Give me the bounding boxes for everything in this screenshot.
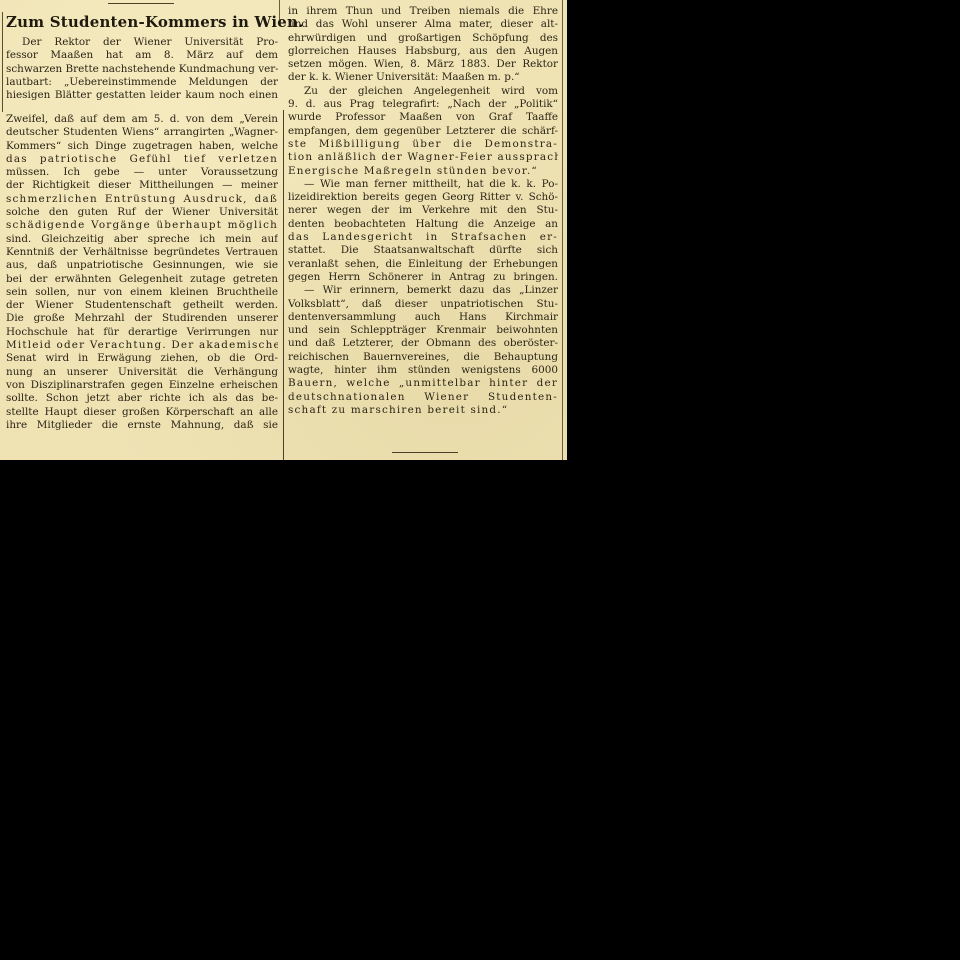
text-line: Energische Maßregeln stünden bevor.“ [288,165,558,178]
text-line: müssen. Ich gebe — unter Voraussetzung [6,166,278,179]
text-line: ehrwürdigen und großartigen Schöpfung de… [288,32,558,45]
text-line: Die große Mehrzahl der Studirenden unser… [6,312,278,325]
text-line: der Richtigkeit dieser Mittheilungen — m… [6,179,278,192]
text-line: aus, daß unpatriotische Gesinnungen, wie… [6,259,278,272]
text-line: setzen mögen. Wien, 8. März 1883. Der Re… [288,58,558,71]
text-line: nung an unserer Universität die Verhängu… [6,366,278,379]
text-line: lizeidirektion bereits gegen Georg Ritte… [288,191,558,204]
text-line: deutscher Studenten Wiens“ arrangirten „… [6,126,278,139]
text-line: der Wiener Studentenschaft getheilt werd… [6,299,278,312]
text-line: Volksblatt“, daß dieser unpatriotischen … [288,298,558,311]
text-line: ihre Mitglieder die ernste Mahnung, daß … [6,419,278,432]
text-line: stellte Haupt dieser großen Körperschaft… [6,406,278,419]
text-line: veranlaßt sehen, die Einleitung der Erhe… [288,258,558,271]
text-line: schädigende Vorgänge überhaupt möglich [6,219,278,232]
text-line: lautbart: „Uebereinstimmende Meldungen d… [6,76,278,89]
text-line: wagte, hinter ihm stünden wenigstens 600… [288,364,558,377]
newspaper-scan: Zum Studenten-Kommers in Wien. Der Rekto… [0,0,567,460]
text-line: Bauern, welche „unmittelbar hinter der [288,377,558,390]
right-edge-rule [562,0,563,460]
text-line: stattet. Die Staatsanwaltschaft dürfte s… [288,244,558,257]
text-line: reichischen Bauernvereines, die Behauptu… [288,351,558,364]
text-line: — Wir erinnern, bemerkt dazu das „Linzer [288,284,558,297]
text-line: schmerzlichen Entrüstung Ausdruck, daß [6,193,278,206]
text-line: bei der erwähnten Gelegenheit zutage get… [6,273,278,286]
text-line: hiesigen Blätter gestatten leider kaum n… [6,89,278,102]
text-line: Zu der gleichen Angelegenheit wird vom [288,85,558,98]
text-line: und sein Schleppträger Krenmair beiwohnt… [288,324,558,337]
text-line: von Disziplinarstrafen gegen Einzelne er… [6,379,278,392]
text-line: in ihrem Thun und Treiben niemals die Eh… [288,5,558,18]
left-paragraph-1: Der Rektor der Wiener Universität Pro-fe… [6,36,278,102]
text-line: und das Wohl unserer Alma mater, dieser … [288,18,558,31]
text-line: das patriotische Gefühl tief verletzen [6,153,278,166]
column-divider [283,110,284,460]
text-line: 9. d. aus Prag telegrafirt: „Nach der „P… [288,98,558,111]
text-line: Zweifel, daß auf dem am 5. d. von dem „V… [6,113,278,126]
text-line: dentenversammlung auch Hans Kirchmair [288,311,558,324]
text-line: gegen Herrn Schönerer in Antrag zu bring… [288,271,558,284]
text-line: nerer wegen der im Verkehre mit den Stu- [288,204,558,217]
text-line: fessor Maaßen hat am 8. März auf dem [6,49,278,62]
text-line: Senat wird in Erwägung ziehen, ob die Or… [6,352,278,365]
text-line: tion anläßlich der Wagner-Feier aussprac… [288,151,558,164]
text-line: solche den guten Ruf der Wiener Universi… [6,206,278,219]
text-line: Hochschule hat für derartige Verirrungen… [6,326,278,339]
left-column: Zum Studenten-Kommers in Wien. [6,0,278,37]
text-line: wurde Professor Maaßen von Graf Taaffe [288,111,558,124]
text-line: sind. Gleichzeitig aber spreche ich mein… [6,233,278,246]
left-edge-rule [2,12,3,112]
text-line: Der Rektor der Wiener Universität Pro- [6,36,278,49]
text-line: ste Mißbilligung über die Demonstra- [288,138,558,151]
text-line: Kommers“ sich Dinge zugetragen haben, we… [6,140,278,153]
text-line: empfangen, dem gegenüber Letzterer die s… [288,125,558,138]
text-line: Mitleid oder Verachtung. Der akademische [6,339,278,352]
text-line: glorreichen Hauses Habsburg, aus den Aug… [288,45,558,58]
text-line: das Landesgericht in Strafsachen er- [288,231,558,244]
text-line: deutschnationalen Wiener Studenten- [288,391,558,404]
article-end-rule [392,452,458,453]
text-line: — Wie man ferner mittheilt, hat die k. k… [288,178,558,191]
text-line: schwarzen Brette nachstehende Kundmachun… [6,63,278,76]
text-line: sollte. Schon jetzt aber richte ich als … [6,392,278,405]
text-line: der k. k. Wiener Universität: Maaßen m. … [288,71,558,84]
left-paragraph-2: Zweifel, daß auf dem am 5. d. von dem „V… [6,113,278,432]
right-column: in ihrem Thun und Treiben niemals die Eh… [288,5,558,417]
text-line: schaft zu marschiren bereit sind.“ [288,404,558,417]
text-line: sein sollen, nur von einem kleinen Bruch… [6,286,278,299]
text-line: Kenntniß der Verhältnisse begründetes Ve… [6,246,278,259]
text-line: denten beobachteten Haltung die Anzeige … [288,218,558,231]
article-headline: Zum Studenten-Kommers in Wien. [6,13,278,31]
text-line: und daß Letzterer, der Obmann des oberös… [288,337,558,350]
